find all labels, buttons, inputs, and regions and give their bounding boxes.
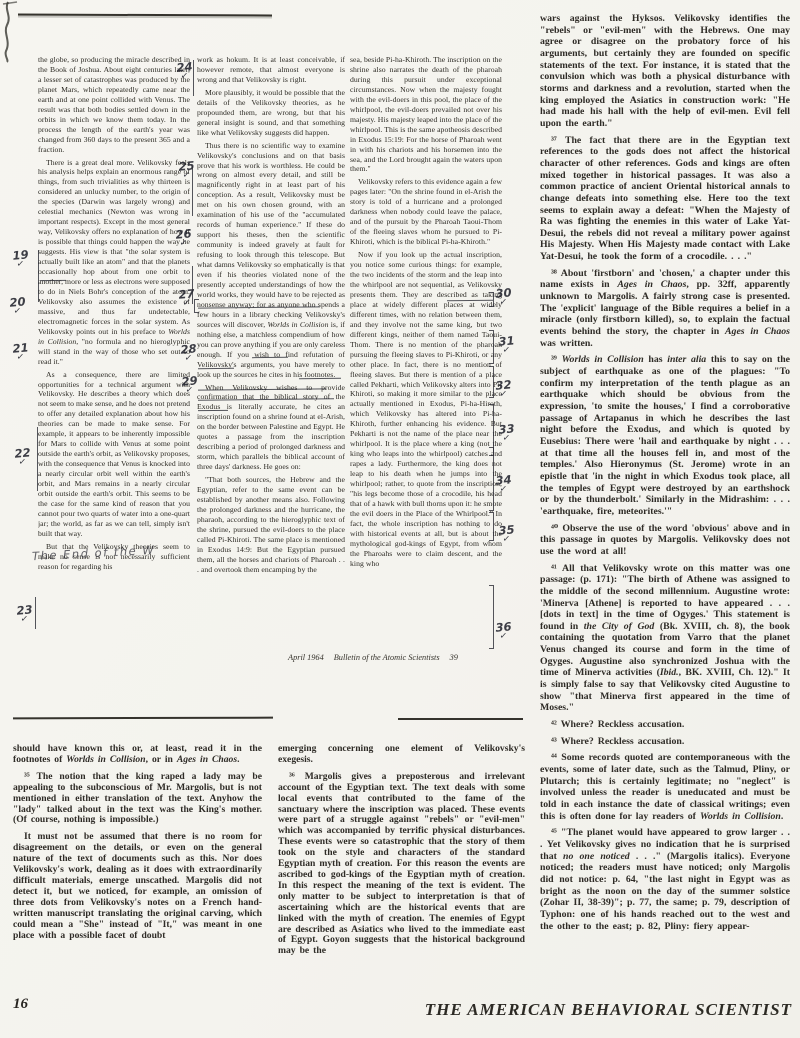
margin-annotation-25: 25✓ bbox=[178, 160, 196, 182]
margin-annotation-20: 20✓ bbox=[9, 296, 27, 318]
bulletin-bottom-rule-2 bbox=[398, 718, 523, 720]
check-mark-icon: ✓ bbox=[185, 385, 199, 397]
pen-mark-rbracket bbox=[489, 366, 494, 398]
margin-annotation-26: 26✓ bbox=[175, 228, 193, 250]
check-mark-icon: ✓ bbox=[499, 484, 513, 496]
margin-annotation-31: 31✓ bbox=[498, 335, 516, 357]
bulletin-column-3: sea, beside Pi-ha-Khiroth. The inscripti… bbox=[350, 55, 502, 655]
bulletin-bottom-rule bbox=[13, 717, 273, 720]
paragraph: "That both sources, the Hebrew and the E… bbox=[197, 475, 345, 575]
pen-mark-vline bbox=[192, 266, 193, 304]
margin-annotation-33: 33✓ bbox=[498, 423, 516, 445]
check-mark-icon: ✓ bbox=[499, 297, 513, 309]
check-mark-icon: ✓ bbox=[180, 71, 194, 83]
paragraph: the globe, so producing the miracle desc… bbox=[38, 55, 190, 155]
bulletin-column-1: the globe, so producing the miracle desc… bbox=[38, 55, 190, 655]
footnote-43: ⁴³ Where? Reckless accusation. bbox=[540, 736, 790, 748]
footnote-36: ³⁶ Margolis gives a preposterous and irr… bbox=[278, 772, 525, 957]
pen-mark-rbracket bbox=[489, 292, 494, 307]
paragraph: There is a great deal more. Velikovsky f… bbox=[38, 158, 190, 367]
check-mark-icon: ✓ bbox=[18, 457, 32, 469]
pen-mark-vline bbox=[38, 250, 39, 302]
footnote-37: ³⁷ The fact that there are in the Egypti… bbox=[540, 135, 790, 263]
footnote-40: ⁴⁰ Observe the use of the word 'obvious'… bbox=[540, 523, 790, 558]
check-mark-icon: ✓ bbox=[20, 614, 34, 626]
bulletin-top-rule bbox=[18, 14, 272, 17]
paragraph: Velikovsky refers to this evidence again… bbox=[350, 177, 502, 247]
check-mark-icon: ✓ bbox=[502, 534, 516, 546]
footer-page-number: 16 bbox=[13, 996, 28, 1013]
check-mark-icon: ✓ bbox=[499, 389, 513, 401]
abs-column-left: should have known this or, at least, rea… bbox=[13, 744, 262, 992]
margin-annotation-23: 23✓ bbox=[16, 604, 34, 626]
margin-annotation-32: 32✓ bbox=[495, 379, 513, 401]
paragraph: Thus there is no scientific way to exami… bbox=[197, 141, 345, 380]
caption-title: Bulletin of the Atomic Scientists bbox=[334, 653, 440, 662]
check-mark-icon: ✓ bbox=[13, 306, 27, 318]
pen-mark-rbracket bbox=[489, 512, 494, 541]
footnote-41: ⁴¹ All that Velikovsky wrote on this mat… bbox=[540, 563, 790, 715]
scanned-page: the globe, so producing the miracle desc… bbox=[0, 0, 800, 1038]
footnote-39: ³⁹ Worlds in Collision has inter alia th… bbox=[540, 354, 790, 517]
caption-page-number: 39 bbox=[450, 653, 458, 662]
abs-column-right: wars against the Hyksos. Velikovsky iden… bbox=[540, 13, 790, 995]
footnote-38: ³⁸ About 'firstborn' and 'chosen,' a cha… bbox=[540, 268, 790, 350]
paragraph: As a consequence, there are limited oppo… bbox=[38, 370, 190, 539]
pen-mark-vline bbox=[192, 166, 193, 216]
check-mark-icon: ✓ bbox=[182, 170, 196, 182]
paragraph: It must not be assumed that there is no … bbox=[13, 832, 262, 941]
paragraph: When Velikovsky wishes to provide confir… bbox=[197, 383, 345, 473]
footnote-45: ⁴⁵ "The planet would have appeared to gr… bbox=[540, 827, 790, 932]
margin-annotation-36: 36✓ bbox=[495, 621, 513, 643]
margin-annotation-22: 22✓ bbox=[14, 447, 32, 469]
pen-mark-lbracket bbox=[194, 299, 199, 313]
margin-annotation-19: 19✓ bbox=[12, 249, 30, 271]
bulletin-column-2: work as hokum. It is at least conceivabl… bbox=[197, 55, 345, 655]
check-mark-icon: ✓ bbox=[16, 352, 30, 364]
paragraph: wars against the Hyksos. Velikovsky iden… bbox=[540, 13, 790, 130]
paragraph: should have known this or, at least, rea… bbox=[13, 744, 262, 766]
pen-mark-rbracket bbox=[489, 447, 494, 511]
check-mark-icon: ✓ bbox=[502, 433, 516, 445]
margin-annotation-24: 24✓ bbox=[176, 61, 194, 83]
caption-date: April 1964 bbox=[288, 653, 324, 662]
paragraph: sea, beside Pi-ha-Khiroth. The inscripti… bbox=[350, 55, 502, 174]
margin-annotation-29: 29✓ bbox=[181, 375, 199, 397]
check-mark-icon: ✓ bbox=[179, 238, 193, 250]
pen-mark-vline bbox=[37, 427, 38, 491]
footnote-42: ⁴² Where? Reckless accusation. bbox=[540, 719, 790, 731]
check-mark-icon: ✓ bbox=[502, 345, 516, 357]
margin-annotation-34: 34✓ bbox=[495, 474, 513, 496]
footnote-44: ⁴⁴ Some records quoted are contemporaneo… bbox=[540, 752, 790, 822]
margin-annotation-21: 21✓ bbox=[12, 342, 30, 364]
pen-mark-vline bbox=[193, 60, 194, 96]
paragraph: work as hokum. It is at least conceivabl… bbox=[197, 55, 345, 85]
margin-annotation-35: 35✓ bbox=[498, 524, 516, 546]
check-mark-icon: ✓ bbox=[184, 353, 198, 365]
margin-annotation-28: 28✓ bbox=[180, 343, 198, 365]
check-mark-icon: ✓ bbox=[16, 259, 30, 271]
margin-annotation-30: 30✓ bbox=[495, 287, 513, 309]
scan-edge-squiggle bbox=[1, 1, 21, 63]
footer-journal-title: THE AMERICAN BEHAVIORAL SCIENTIST bbox=[425, 1000, 792, 1020]
check-mark-icon: ✓ bbox=[499, 631, 513, 643]
pen-mark-vline bbox=[35, 597, 36, 629]
bulletin-caption: April 1964Bulletin of the Atomic Scienti… bbox=[288, 653, 508, 662]
abs-column-middle: emerging concerning one element of Velik… bbox=[278, 744, 525, 992]
pen-mark-rbracket bbox=[489, 330, 494, 364]
paragraph: Now if you look up the actual inscriptio… bbox=[350, 250, 502, 569]
paragraph: More plausibly, it would be possible tha… bbox=[197, 88, 345, 138]
paragraph: emerging concerning one element of Velik… bbox=[278, 744, 525, 766]
pen-mark-rbracket bbox=[489, 585, 494, 649]
footnote-35: ³⁵ The notion that the king raped a lady… bbox=[13, 772, 262, 827]
